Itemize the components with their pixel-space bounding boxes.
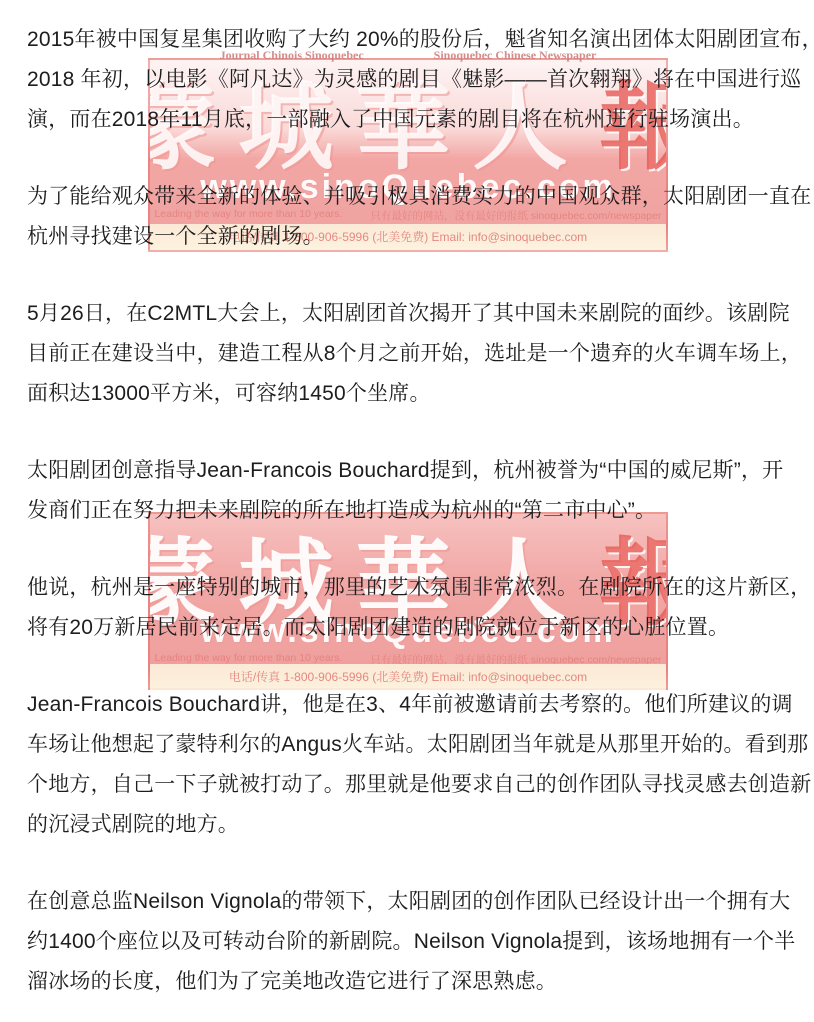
- text-line: 5月26日，在C2MTL大会上，太阳剧团首次揭开了其中国未来剧院的面纱。该剧院: [27, 294, 787, 334]
- text-line: 发商们正在努力把未来剧院的所在地打造成为杭州的“第二市中心”。: [27, 491, 787, 531]
- text-line: 他说，杭州是一座特别的城市，那里的艺术氛围非常浓烈。在剧院所在的这片新区，: [27, 568, 787, 608]
- text-line: 为了能给观众带来全新的体验、并吸引极具消费实力的中国观众群，太阳剧团一直在: [27, 177, 787, 217]
- text-line: 将有20万新居民前来定居。而太阳剧团建造的剧院就位于新区的心脏位置。: [27, 608, 787, 648]
- article-paragraph: Jean-Francois Bouchard讲，他是在3、4年前被邀请前去考察的…: [27, 685, 787, 845]
- text-line: 太阳剧团创意指导Jean-Francois Bouchard提到，杭州被誉为“中…: [27, 451, 787, 491]
- text-line: 个地方，自己一下子就被打动了。那里就是他要求自己的创作团队寻找灵感去创造新: [27, 765, 787, 805]
- text-line: 溜冰场的长度，他们为了完美地改造它进行了深思熟虑。: [27, 962, 787, 1002]
- text-line: 约1400个座位以及可转动台阶的新剧院。Neilson Vignola提到，该场…: [27, 922, 787, 962]
- text-line: 的沉浸式剧院的地方。: [27, 805, 787, 845]
- text-line: 2015年被中国复星集团收购了大约 20%的股份后，魁省知名演出团体太阳剧团宣布…: [27, 20, 787, 60]
- article-paragraph: 太阳剧团创意指导Jean-Francois Bouchard提到，杭州被誉为“中…: [27, 451, 787, 531]
- text-line: 在创意总监Neilson Vignola的带领下，太阳剧团的创作团队已经设计出一…: [27, 882, 787, 922]
- text-line: 车场让他想起了蒙特利尔的Angus火车站。太阳剧团当年就是从那里开始的。看到那: [27, 725, 787, 765]
- text-line: 杭州寻找建设一个全新的剧场。: [27, 217, 787, 257]
- text-line: 演，而在2018年11月底，一部融入了中国元素的剧目将在杭州进行驻场演出。: [27, 100, 787, 140]
- article-paragraph: 他说，杭州是一座特别的城市，那里的艺术氛围非常浓烈。在剧院所在的这片新区， 将有…: [27, 568, 787, 648]
- article-body: 2015年被中国复星集团收购了大约 20%的股份后，魁省知名演出团体太阳剧团宣布…: [0, 0, 814, 1002]
- article-paragraph: 在创意总监Neilson Vignola的带领下，太阳剧团的创作团队已经设计出一…: [27, 882, 787, 1002]
- text-line: 2018 年初，以电影《阿凡达》为灵感的剧目《魅影——首次翱翔》将在中国进行巡: [27, 60, 787, 100]
- text-line: 目前正在建设当中，建造工程从8个月之前开始，选址是一个遗弃的火车调车场上，: [27, 334, 787, 374]
- article-paragraph: 5月26日，在C2MTL大会上，太阳剧团首次揭开了其中国未来剧院的面纱。该剧院 …: [27, 294, 787, 414]
- article-paragraph: 为了能给观众带来全新的体验、并吸引极具消费实力的中国观众群，太阳剧团一直在 杭州…: [27, 177, 787, 257]
- text-line: 面积达13000平方米，可容纳1450个坐席。: [27, 374, 787, 414]
- article-paragraph: 2015年被中国复星集团收购了大约 20%的股份后，魁省知名演出团体太阳剧团宣布…: [27, 20, 787, 140]
- text-line: Jean-Francois Bouchard讲，他是在3、4年前被邀请前去考察的…: [27, 685, 787, 725]
